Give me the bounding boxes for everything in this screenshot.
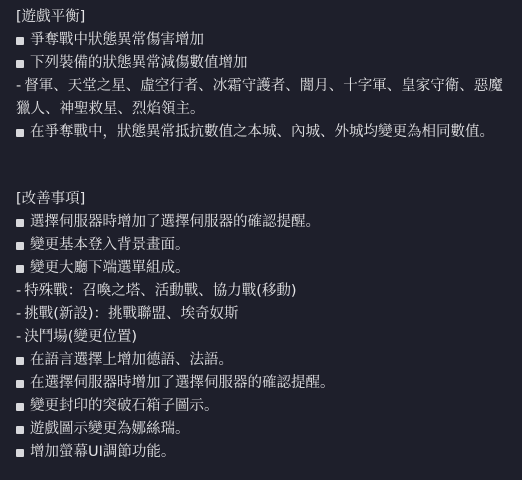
square-bullet-icon — [16, 403, 24, 411]
list-item: 增加螢幕UI調節功能。 — [16, 441, 522, 464]
list-item: 遊戲圖示變更為娜絲瑞。 — [16, 418, 522, 441]
section-improvements: [改善事項] 選擇伺服器時增加了選擇伺服器的確認提醒。 變更基本登入背景畫面。 … — [16, 188, 522, 464]
section-game-balance: [遊戲平衡] 爭奪戰中狀態異常傷害增加 下列裝備的狀態異常減傷數值增加 - 督軍… — [16, 6, 522, 144]
list-item: 爭奪戰中狀態異常傷害增加 — [16, 29, 522, 52]
list-item: 變更基本登入背景畫面。 — [16, 234, 522, 257]
list-item: 變更封印的突破石箱子圖示。 — [16, 395, 522, 418]
list-item: 變更大廳下端選單組成。 — [16, 257, 522, 280]
section-heading: [遊戲平衡] — [16, 6, 522, 29]
square-bullet-icon — [16, 37, 24, 45]
list-item: 下列裝備的狀態異常減傷數值增加 — [16, 52, 522, 75]
list-item: 選擇伺服器時增加了選擇伺服器的確認提醒。 — [16, 211, 522, 234]
square-bullet-icon — [16, 242, 24, 250]
dash-marker: - — [16, 326, 21, 349]
square-bullet-icon — [16, 449, 24, 457]
square-bullet-icon — [16, 426, 24, 434]
section-spacer — [16, 144, 522, 188]
list-item: 在選擇伺服器時增加了選擇伺服器的確認提醒。 — [16, 372, 522, 395]
square-bullet-icon — [16, 380, 24, 388]
dash-marker: - — [16, 280, 21, 303]
list-item: 在語言選擇上增加德語、法語。 — [16, 349, 522, 372]
square-bullet-icon — [16, 357, 24, 365]
list-subitem: - 決鬥場(變更位置) — [16, 326, 522, 349]
list-subitem-continuation: 獵人、神聖救星、烈焰領主。 — [16, 98, 522, 121]
section-heading: [改善事項] — [16, 188, 522, 211]
list-subitem: - 挑戰(新設)：挑戰聯盟、埃奇奴斯 — [16, 303, 522, 326]
list-subitem: - 特殊戰：召喚之塔、活動戰、協力戰(移動) — [16, 280, 522, 303]
dash-marker: - — [16, 75, 21, 98]
list-subitem: - 督軍、天堂之星、虛空行者、冰霜守護者、闇月、十字軍、皇家守衛、惡魔 — [16, 75, 522, 98]
list-item: 在爭奪戰中，狀態異常抵抗數值之本城、內城、外城均變更為相同數值。 — [16, 121, 522, 144]
square-bullet-icon — [16, 129, 24, 137]
square-bullet-icon — [16, 265, 24, 273]
dash-marker: - — [16, 303, 21, 326]
patch-notes: [遊戲平衡] 爭奪戰中狀態異常傷害增加 下列裝備的狀態異常減傷數值增加 - 督軍… — [0, 0, 522, 464]
square-bullet-icon — [16, 60, 24, 68]
square-bullet-icon — [16, 219, 24, 227]
